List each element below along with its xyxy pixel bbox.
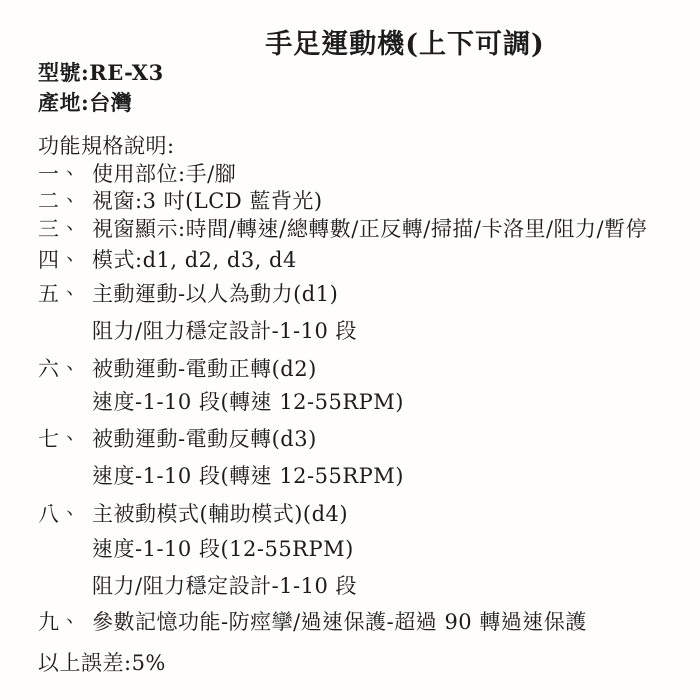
spec-item-8-detail-speed: 速度-1-10 段(12-55RPM) <box>92 538 354 561</box>
spec-item-4: 四、模式:d1, d2, d3, d4 <box>38 249 297 272</box>
item-number: 八、 <box>38 503 92 526</box>
spec-item-6: 六、被動運動-電動正轉(d2) <box>38 358 317 381</box>
spec-item-7-detail: 速度-1-10 段(轉速 12-55RPM) <box>92 465 404 488</box>
item-text: 視窗顯示:時間/轉速/總轉數/正反轉/掃描/卡洛里/阻力/暫停 <box>92 217 647 241</box>
tolerance-note: 以上誤差:5% <box>38 652 166 675</box>
spec-item-8-detail-resistance: 阻力/阻力穩定設計-1-10 段 <box>92 575 357 598</box>
spec-item-9: 九、參數記憶功能-防痙攣/過速保護-超過 90 轉過速保護 <box>38 611 587 634</box>
item-number: 一、 <box>38 163 92 186</box>
item-number: 三、 <box>38 218 92 241</box>
item-number: 七、 <box>38 428 92 451</box>
item-number: 五、 <box>38 283 92 306</box>
item-text: 被動運動-電動反轉(d3) <box>92 427 317 451</box>
item-number: 九、 <box>38 611 92 634</box>
spec-item-5-detail: 阻力/阻力穩定設計-1-10 段 <box>92 320 357 343</box>
page-title: 手足運動機(上下可調) <box>0 22 700 61</box>
origin-line: 產地:台灣 <box>38 91 132 114</box>
item-text: 模式:d1, d2, d3, d4 <box>92 248 297 272</box>
spec-item-7: 七、被動運動-電動反轉(d3) <box>38 428 317 451</box>
item-text: 視窗:3 吋(LCD 藍背光) <box>92 189 323 213</box>
spec-item-5: 五、主動運動-以人為動力(d1) <box>38 283 338 306</box>
item-text: 主被動模式(輔助模式)(d4) <box>92 502 348 526</box>
spec-item-6-detail: 速度-1-10 段(轉速 12-55RPM) <box>92 391 404 414</box>
item-number: 六、 <box>38 358 92 381</box>
item-number: 四、 <box>38 249 92 272</box>
item-text: 使用部位:手/腳 <box>92 162 236 186</box>
item-text: 被動運動-電動正轉(d2) <box>92 357 317 381</box>
item-text: 參數記憶功能-防痙攣/過速保護-超過 90 轉過速保護 <box>92 610 587 634</box>
spec-item-1: 一、使用部位:手/腳 <box>38 163 236 186</box>
spec-sheet: 手足運動機(上下可調) 型號:RE-X3 產地:台灣 功能規格說明: 一、使用部… <box>0 0 700 700</box>
model-line: 型號:RE-X3 <box>38 61 164 84</box>
item-number: 二、 <box>38 190 92 213</box>
spec-item-2: 二、視窗:3 吋(LCD 藍背光) <box>38 190 323 213</box>
spec-item-3: 三、視窗顯示:時間/轉速/總轉數/正反轉/掃描/卡洛里/阻力/暫停 <box>38 218 647 241</box>
spec-item-8: 八、主被動模式(輔助模式)(d4) <box>38 503 348 526</box>
item-text: 主動運動-以人為動力(d1) <box>92 282 338 306</box>
spec-section-header: 功能規格說明: <box>38 135 175 158</box>
